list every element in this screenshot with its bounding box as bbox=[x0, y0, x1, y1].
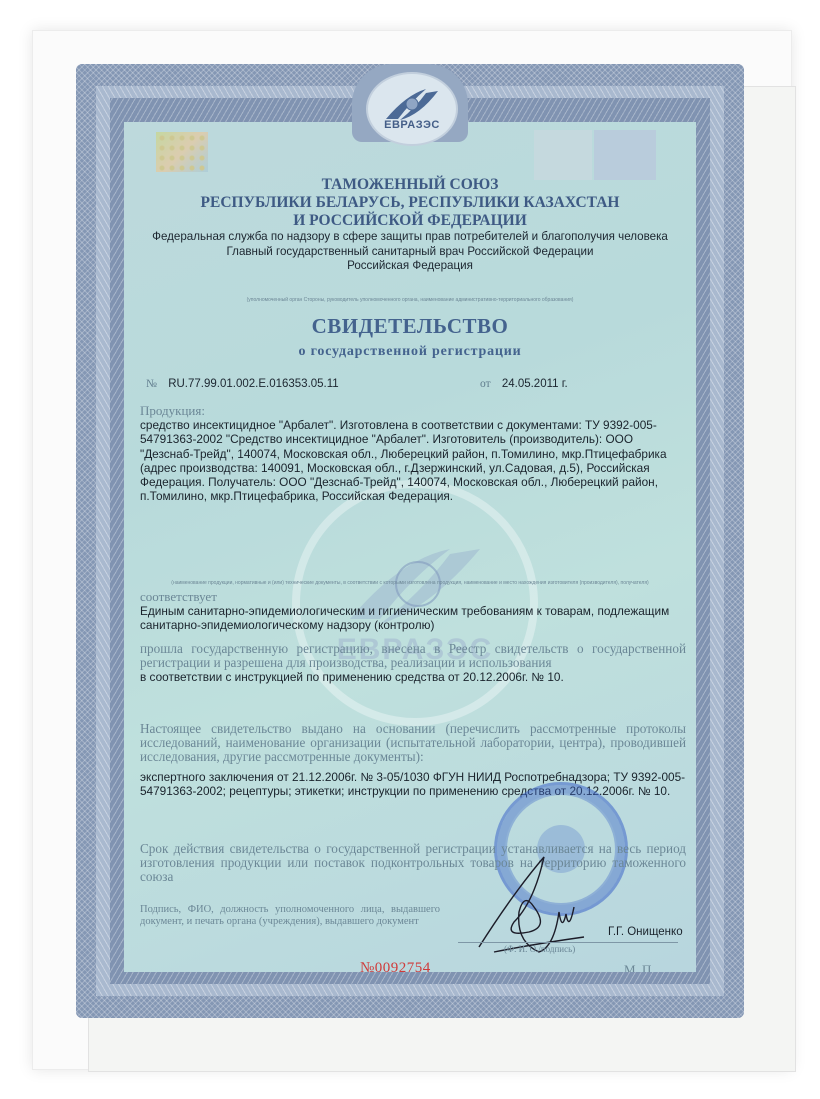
emblem-label: ЕВРАЗЭС bbox=[384, 119, 440, 131]
certificate-document: ЕВРАЗЭС ТАМОЖЕННЫЙ СОЮЗ РЕСПУБЛИКИ БЕЛАР… bbox=[124, 122, 696, 972]
basis-label: Настоящее свидетельство выдано на основа… bbox=[140, 722, 686, 764]
product-caption: (наименование продукции, нормативные и (… bbox=[136, 580, 684, 586]
security-pattern-block bbox=[534, 130, 592, 180]
document-subtitle: о государственной регистрации bbox=[124, 344, 696, 360]
number-label: № bbox=[146, 378, 157, 390]
registration-number-row: № RU.77.99.01.002.E.016353.05.11 от 24.0… bbox=[146, 378, 676, 390]
conformity-text: Единым санитарно-эпидемиологическим и ги… bbox=[140, 604, 686, 632]
union-line-2: РЕСПУБЛИКИ БЕЛАРУСЬ, РЕСПУБЛИКИ КАЗАХСТА… bbox=[124, 194, 696, 212]
conformity-label: соответствует bbox=[140, 590, 686, 604]
conformity-section: соответствует Единым санитарно-эпидемиол… bbox=[140, 590, 686, 633]
validity-section: Срок действия свидетельства о государств… bbox=[140, 842, 686, 884]
serial-number: №0092754 bbox=[360, 960, 431, 972]
issuing-agency: Федеральная служба по надзору в сфере за… bbox=[124, 230, 696, 274]
registry-section: прошла государственную регистрацию, внес… bbox=[140, 642, 686, 684]
usage-instructions: в соответствии с инструкцией по применен… bbox=[140, 670, 686, 684]
registry-text: прошла государственную регистрацию, внес… bbox=[140, 642, 686, 670]
signature-line-caption: (Ф. И. О./подпись) bbox=[504, 944, 575, 954]
union-line-1: ТАМОЖЕННЫЙ СОЮЗ bbox=[124, 176, 696, 194]
signature-caption: Подпись, ФИО, должность уполномоченного … bbox=[140, 904, 440, 928]
signer-name: Г.Г. Онищенко bbox=[608, 926, 683, 938]
product-section: Продукция: средство инсектицидное "Арбал… bbox=[140, 404, 686, 503]
union-line-3: И РОССИЙСКОЙ ФЕДЕРАЦИИ bbox=[124, 212, 696, 230]
registration-date: 24.05.2011 г. bbox=[502, 378, 568, 390]
security-pattern-block bbox=[594, 130, 656, 180]
agency-line-3: Российская Федерация bbox=[124, 259, 696, 274]
product-label: Продукция: bbox=[140, 404, 686, 418]
authority-caption: (уполномоченный орган Стороны, руководит… bbox=[124, 297, 696, 303]
seal-placeholder-label: М. П. bbox=[624, 962, 655, 972]
agency-line-2: Главный государственный санитарный врач … bbox=[124, 245, 696, 260]
hologram-icon bbox=[156, 132, 208, 172]
validity-text: Срок действия свидетельства о государств… bbox=[140, 842, 686, 884]
product-description: средство инсектицидное "Арбалет". Изгото… bbox=[140, 418, 686, 503]
basis-text: экспертного заключения от 21.12.2006г. №… bbox=[140, 770, 686, 798]
customs-union-heading: ТАМОЖЕННЫЙ СОЮЗ РЕСПУБЛИКИ БЕЛАРУСЬ, РЕС… bbox=[124, 176, 696, 230]
eurasec-emblem-icon: ЕВРАЗЭС bbox=[366, 72, 458, 146]
signature-line bbox=[458, 942, 678, 943]
registration-date-group: от 24.05.2011 г. bbox=[480, 378, 568, 390]
registration-number: RU.77.99.01.002.E.016353.05.11 bbox=[168, 378, 339, 390]
date-label: от bbox=[480, 378, 491, 390]
document-title: СВИДЕТЕЛЬСТВО bbox=[124, 314, 696, 339]
basis-section: Настоящее свидетельство выдано на основа… bbox=[140, 722, 686, 798]
agency-line-1: Федеральная служба по надзору в сфере за… bbox=[124, 230, 696, 245]
